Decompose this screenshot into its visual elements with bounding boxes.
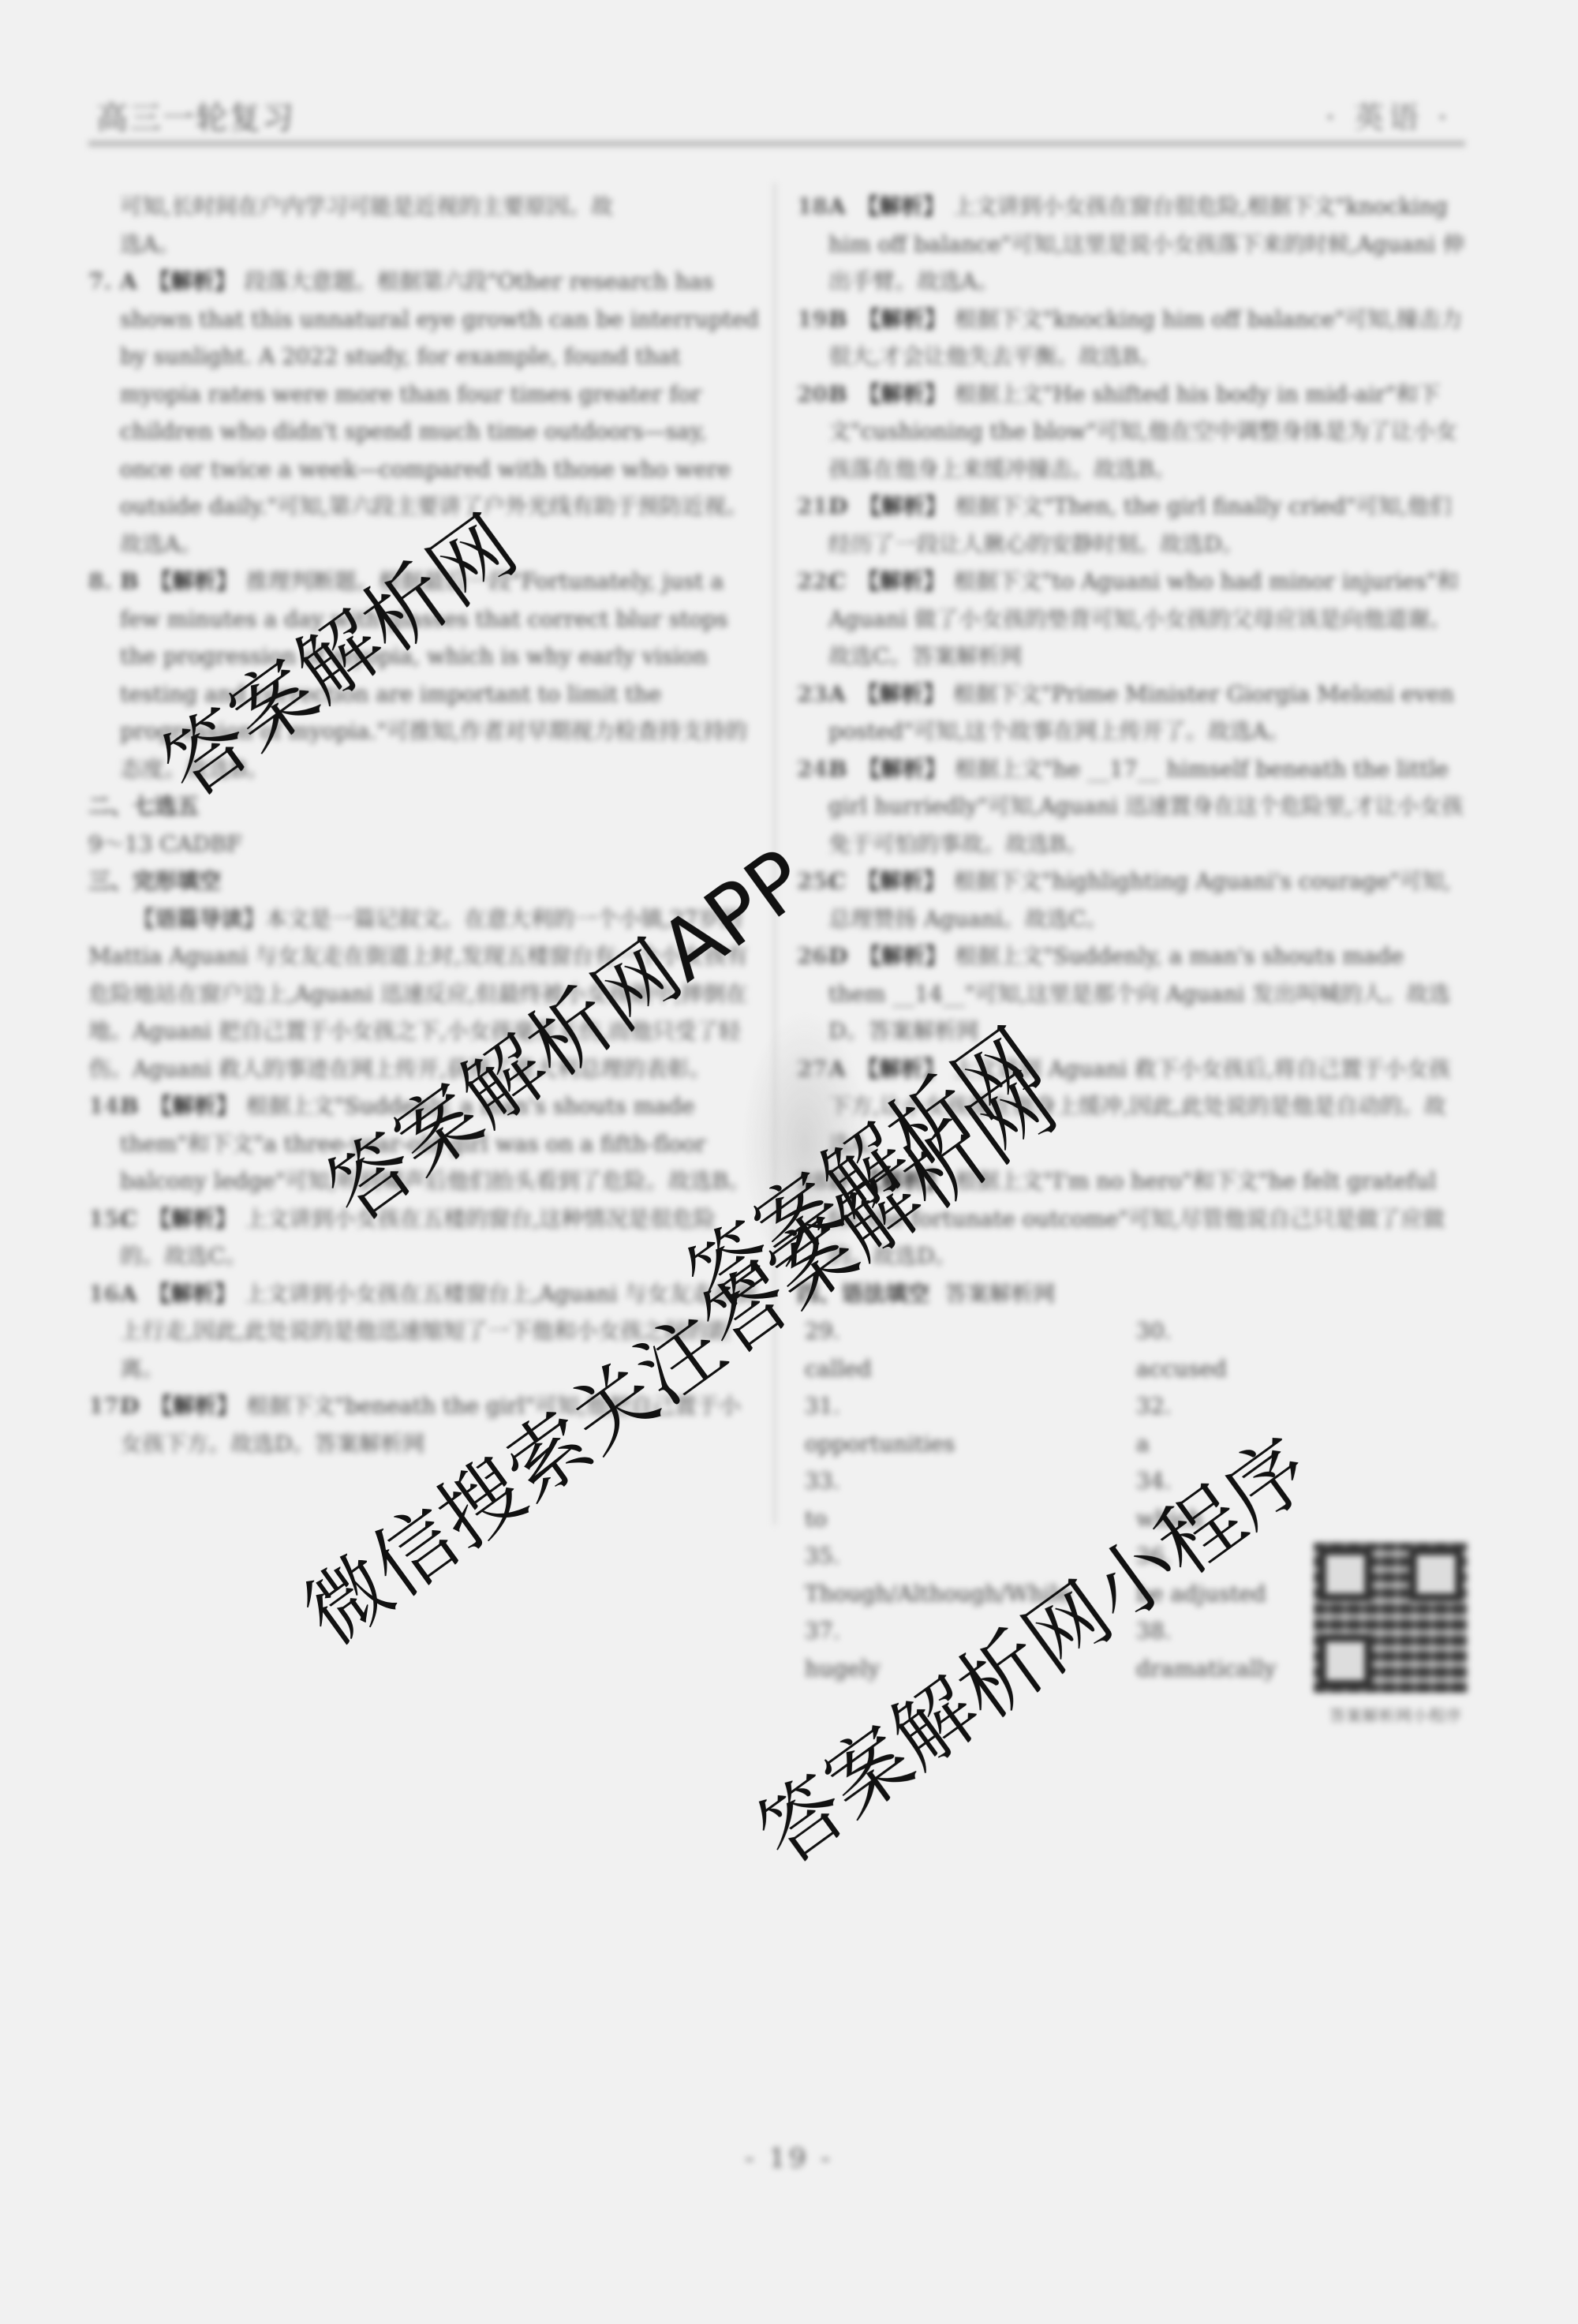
item-number: 21. [797, 488, 836, 526]
section-answers: 9～13 CADBF [88, 825, 759, 863]
item-tag: 【解析】 [857, 568, 945, 594]
answer-item: 22.C【解析】根据下文"to Aguani who had minor inj… [797, 563, 1468, 675]
item-tag: 【解析】 [858, 381, 947, 407]
answer-text: accused [1136, 1350, 1452, 1388]
answer-item: 18.A【解析】上文讲到小女孩在窗台很危险,根据下文"knocking him … [797, 188, 1468, 301]
header-subject: · 英语 · [1326, 93, 1452, 137]
answer-item: 20.B【解析】根据上文"He shifted his body in mid-… [797, 376, 1468, 488]
qr-code [1314, 1543, 1468, 1693]
item-answer: B [120, 568, 139, 594]
answer-number: 33. [805, 1462, 1120, 1500]
page-number: - 19 - [0, 2142, 1578, 2174]
item-number: 14. [88, 1087, 127, 1125]
item-tag: 【解析】 [150, 1393, 238, 1419]
item-answer: A [120, 268, 137, 294]
header-rule [88, 140, 1465, 147]
item-number: 23. [797, 675, 836, 713]
document-page: 高三一轮复习 · 英语 · 可知,长时间在户内学习可能是近视的主要原因。故 选A… [0, 0, 1578, 2324]
item-tag: 【解析】 [858, 943, 947, 969]
item-number: 22. [797, 563, 836, 601]
guide-label: 【语篇导读】 [133, 906, 265, 932]
item-tag: 【解析】 [857, 193, 945, 219]
item-number: 24. [797, 750, 836, 788]
answer-item: 24.B【解析】根据上文"he __17__ himself beneath t… [797, 750, 1468, 863]
item-number: 15. [88, 1200, 127, 1238]
item-tag: 【解析】 [148, 268, 237, 294]
item-tag: 【解析】 [148, 1281, 237, 1307]
section-suffix: 答案解析网 [945, 1281, 1056, 1307]
left-column: 可知,长时间在户内学习可能是近视的主要原因。故 选A。 7. A【解析】段落大意… [88, 188, 759, 1462]
qr-caption: 答案解析网小程序 [1329, 1703, 1462, 1726]
answer-number: 30. [1136, 1312, 1452, 1350]
item-tag: 【解析】 [858, 493, 947, 519]
answer-number: 31. [805, 1387, 1120, 1425]
answer-item: 23.A【解析】根据下文"Prime Minister Giorgia Melo… [797, 675, 1468, 750]
intro-line: 选A。 [88, 226, 759, 264]
answer-item: 19.B【解析】根据下文"knocking him off balance"可知… [797, 301, 1468, 376]
grammar-answer: 33. to [805, 1462, 1120, 1537]
item-tag: 【解析】 [150, 568, 238, 594]
answer-number: 32. [1136, 1387, 1452, 1425]
qr-finder [1318, 1634, 1372, 1688]
right-column: 18.A【解析】上文讲到小女孩在窗台很危险,根据下文"knocking him … [797, 188, 1468, 1687]
answer-text: called [805, 1350, 1120, 1388]
answer-item: 15. C【解析】上文讲到小女孩在五楼的窗台,这种情况是很危险的。故选C。 [88, 1200, 759, 1275]
item-number: 18. [797, 188, 836, 226]
item-number: 16. [88, 1275, 127, 1313]
header-title: 高三一轮复习 [96, 93, 295, 138]
item-number: 26. [797, 937, 836, 975]
item-number: 19. [797, 301, 836, 339]
section-title: 四、语法填空 答案解析网 [797, 1275, 1468, 1313]
answer-item: 25.C【解析】根据下文"highlighting Aguani's coura… [797, 863, 1468, 937]
item-tag: 【解析】 [148, 1206, 237, 1232]
answer-number: 29. [805, 1312, 1120, 1350]
item-tag: 【解析】 [857, 681, 945, 707]
item-number: 17. [88, 1387, 127, 1425]
item-tag: 【解析】 [858, 306, 947, 332]
grammar-answer: 29. called [805, 1312, 1120, 1387]
item-tag: 【解析】 [150, 1093, 238, 1119]
grammar-answer: 31. opportunities [805, 1387, 1120, 1462]
answer-item: 26.D【解析】根据上文"Suddenly, a man's shouts ma… [797, 937, 1468, 1050]
item-tag: 【解析】 [857, 868, 945, 894]
answer-text: opportunities [805, 1425, 1120, 1463]
answer-text: to [805, 1500, 1120, 1538]
item-number: 20. [797, 376, 836, 414]
intro-line: 可知,长时间在户内学习可能是近视的主要原因。故 [88, 188, 759, 226]
item-tag: 【解析】 [858, 756, 947, 782]
item-number: 8. [88, 563, 111, 601]
item-number: 7. [88, 263, 111, 301]
grammar-answer: 30. accused [1136, 1312, 1452, 1387]
answer-item: 21.D【解析】根据下文"Then, the girl finally crie… [797, 488, 1468, 563]
